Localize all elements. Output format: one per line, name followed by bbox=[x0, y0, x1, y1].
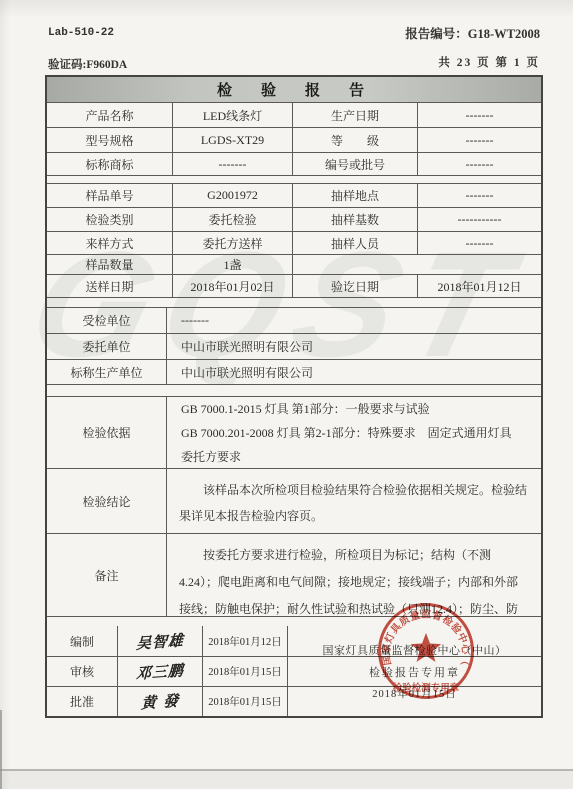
section-divider bbox=[47, 384, 541, 396]
table-row-sample-delivery: 来样方式 委托方送样 抽样人员 ------- bbox=[47, 231, 541, 254]
value-sample-quantity: 1盏 bbox=[172, 255, 292, 274]
scan-shadow bbox=[0, 771, 573, 789]
label-remark: 备注 bbox=[47, 534, 166, 616]
value-finish-date: 2018年01月12日 bbox=[417, 275, 541, 297]
page-count: 共 23 页 第 1 页 bbox=[438, 54, 540, 70]
seal-inner-text: 检验检测专用章 bbox=[393, 682, 460, 694]
value-inspection-type: 委托检验 bbox=[172, 208, 292, 231]
table-row-model: 型号规格 LGDS-XT29 等 级 ------- bbox=[47, 127, 541, 152]
signature-handwriting: 黄 發 bbox=[141, 690, 180, 714]
section-divider bbox=[47, 297, 541, 307]
value-send-date: 2018年01月02日 bbox=[172, 275, 292, 297]
label-manufacturer: 标称生产单位 bbox=[47, 360, 166, 384]
value-production-date: ------- bbox=[417, 103, 541, 127]
label-grade: 等 级 bbox=[292, 128, 417, 152]
value-trademark: ------- bbox=[172, 153, 292, 175]
label-trademark: 标称商标 bbox=[47, 153, 172, 175]
table-row-sample-quantity: 样品数量 1盏 bbox=[47, 254, 541, 274]
label-sampling-base: 抽样基数 bbox=[292, 208, 417, 231]
table-row-inspection-type: 检验类别 委托检验 抽样基数 ----------- bbox=[47, 207, 541, 231]
value-sampling-base: ----------- bbox=[417, 208, 541, 231]
label-sample-delivery: 来样方式 bbox=[47, 232, 172, 254]
value-entrusting-unit: 中山市联光照明有限公司 bbox=[166, 334, 541, 359]
label-inspection-basis: 检验依据 bbox=[47, 397, 166, 468]
label-product-name: 产品名称 bbox=[47, 103, 172, 127]
table-row-entrusting-unit: 委托单位 中山市联光照明有限公司 bbox=[47, 333, 541, 359]
approved-by-date: 2018年01月15日 bbox=[202, 687, 287, 716]
basis-line-2: GB 7000.201-2008 灯具 第2-1部分：特殊要求 固定式通用灯具 bbox=[181, 421, 512, 445]
table-row-sample-number: 样品单号 G2001972 抽样地点 ------- bbox=[47, 183, 541, 207]
lab-code: Lab-510-22 bbox=[48, 27, 114, 39]
value-batch-number: ------- bbox=[417, 153, 541, 175]
basis-line-1: GB 7000.1-2015 灯具 第1部分：一般要求与试验 bbox=[181, 397, 430, 421]
label-inspection-type: 检验类别 bbox=[47, 208, 172, 231]
signature-handwriting: 吴智雄 bbox=[136, 629, 185, 653]
value-sampling-place: ------- bbox=[417, 184, 541, 207]
label-inspected-unit: 受检单位 bbox=[47, 308, 166, 333]
report-number: 报告编号：G18-WT2008 bbox=[405, 24, 540, 42]
scan-fold-line bbox=[0, 769, 573, 771]
label-production-date: 生产日期 bbox=[292, 103, 417, 127]
red-official-seal: 国家灯具质量监督检验中心（中山） 检验检测专用章 bbox=[368, 596, 484, 708]
value-conclusion: 该样品本次所检项目检验结果符合检验依据相关规定。检验结果详见本报告检验内容页。 bbox=[166, 469, 541, 533]
empty-cell bbox=[292, 255, 541, 274]
label-entrusting-unit: 委托单位 bbox=[47, 334, 166, 359]
table-row-inspection-basis: 检验依据 GB 7000.1-2015 灯具 第1部分：一般要求与试验 GB 7… bbox=[47, 396, 541, 468]
seal-star-icon bbox=[411, 633, 441, 662]
label-conclusion: 检验结论 bbox=[47, 469, 166, 533]
prepared-by-signature: 吴智雄 bbox=[117, 626, 202, 656]
table-row-trademark: 标称商标 ------- 编号或批号 ------- bbox=[47, 152, 541, 175]
report-title: 检 验 报 告 bbox=[47, 77, 541, 102]
section-divider bbox=[47, 175, 541, 183]
label-model: 型号规格 bbox=[47, 128, 172, 152]
approved-by-signature: 黄 發 bbox=[117, 687, 202, 716]
table-row-product-name: 产品名称 LED线条灯 生产日期 ------- bbox=[47, 102, 541, 127]
scanned-inspection-report-page: Lab-510-22 报告编号：G18-WT2008 验证码:F960DA 共 … bbox=[0, 0, 573, 789]
label-finish-date: 验讫日期 bbox=[292, 275, 417, 297]
table-row-inspected-unit: 受检单位 ------- bbox=[47, 307, 541, 333]
label-sampling-person: 抽样人员 bbox=[292, 232, 417, 254]
value-sampling-person: ------- bbox=[417, 232, 541, 254]
value-sample-number: G2001972 bbox=[172, 184, 292, 207]
value-inspected-unit: ------- bbox=[166, 308, 541, 333]
signature-handwriting: 邓三鹏 bbox=[136, 659, 185, 683]
reviewed-by-signature: 邓三鹏 bbox=[117, 657, 202, 686]
value-manufacturer: 中山市联光照明有限公司 bbox=[166, 360, 541, 384]
value-sample-delivery: 委托方送样 bbox=[172, 232, 292, 254]
label-reviewed-by: 审核 bbox=[47, 657, 117, 686]
basis-line-3: 委托方要求 bbox=[181, 445, 241, 469]
label-send-date: 送样日期 bbox=[47, 275, 172, 297]
label-sample-quantity: 样品数量 bbox=[47, 255, 172, 274]
label-prepared-by: 编制 bbox=[47, 626, 117, 656]
prepared-by-date: 2018年01月12日 bbox=[202, 626, 287, 656]
value-inspection-basis: GB 7000.1-2015 灯具 第1部分：一般要求与试验 GB 7000.2… bbox=[166, 397, 541, 468]
label-sample-number: 样品单号 bbox=[47, 184, 172, 207]
table-row-manufacturer: 标称生产单位 中山市联光照明有限公司 bbox=[47, 359, 541, 384]
table-row-dates: 送样日期 2018年01月02日 验讫日期 2018年01月12日 bbox=[47, 274, 541, 297]
value-product-name: LED线条灯 bbox=[172, 103, 292, 127]
label-approved-by: 批准 bbox=[47, 687, 117, 716]
label-sampling-place: 抽样地点 bbox=[292, 184, 417, 207]
value-model: LGDS-XT29 bbox=[172, 128, 292, 152]
reviewed-by-date: 2018年01月15日 bbox=[202, 657, 287, 686]
value-grade: ------- bbox=[417, 128, 541, 152]
table-row-conclusion: 检验结论 该样品本次所检项目检验结果符合检验依据相关规定。检验结果详见本报告检验… bbox=[47, 468, 541, 533]
scan-edge-mark bbox=[0, 710, 2, 789]
verification-code: 验证码:F960DA bbox=[48, 56, 127, 72]
value-remark: 按委托方要求进行检验，所检项目为标记；结构（不测4.24）；爬电距离和电气间隙；… bbox=[166, 534, 541, 616]
label-batch-number: 编号或批号 bbox=[292, 153, 417, 175]
